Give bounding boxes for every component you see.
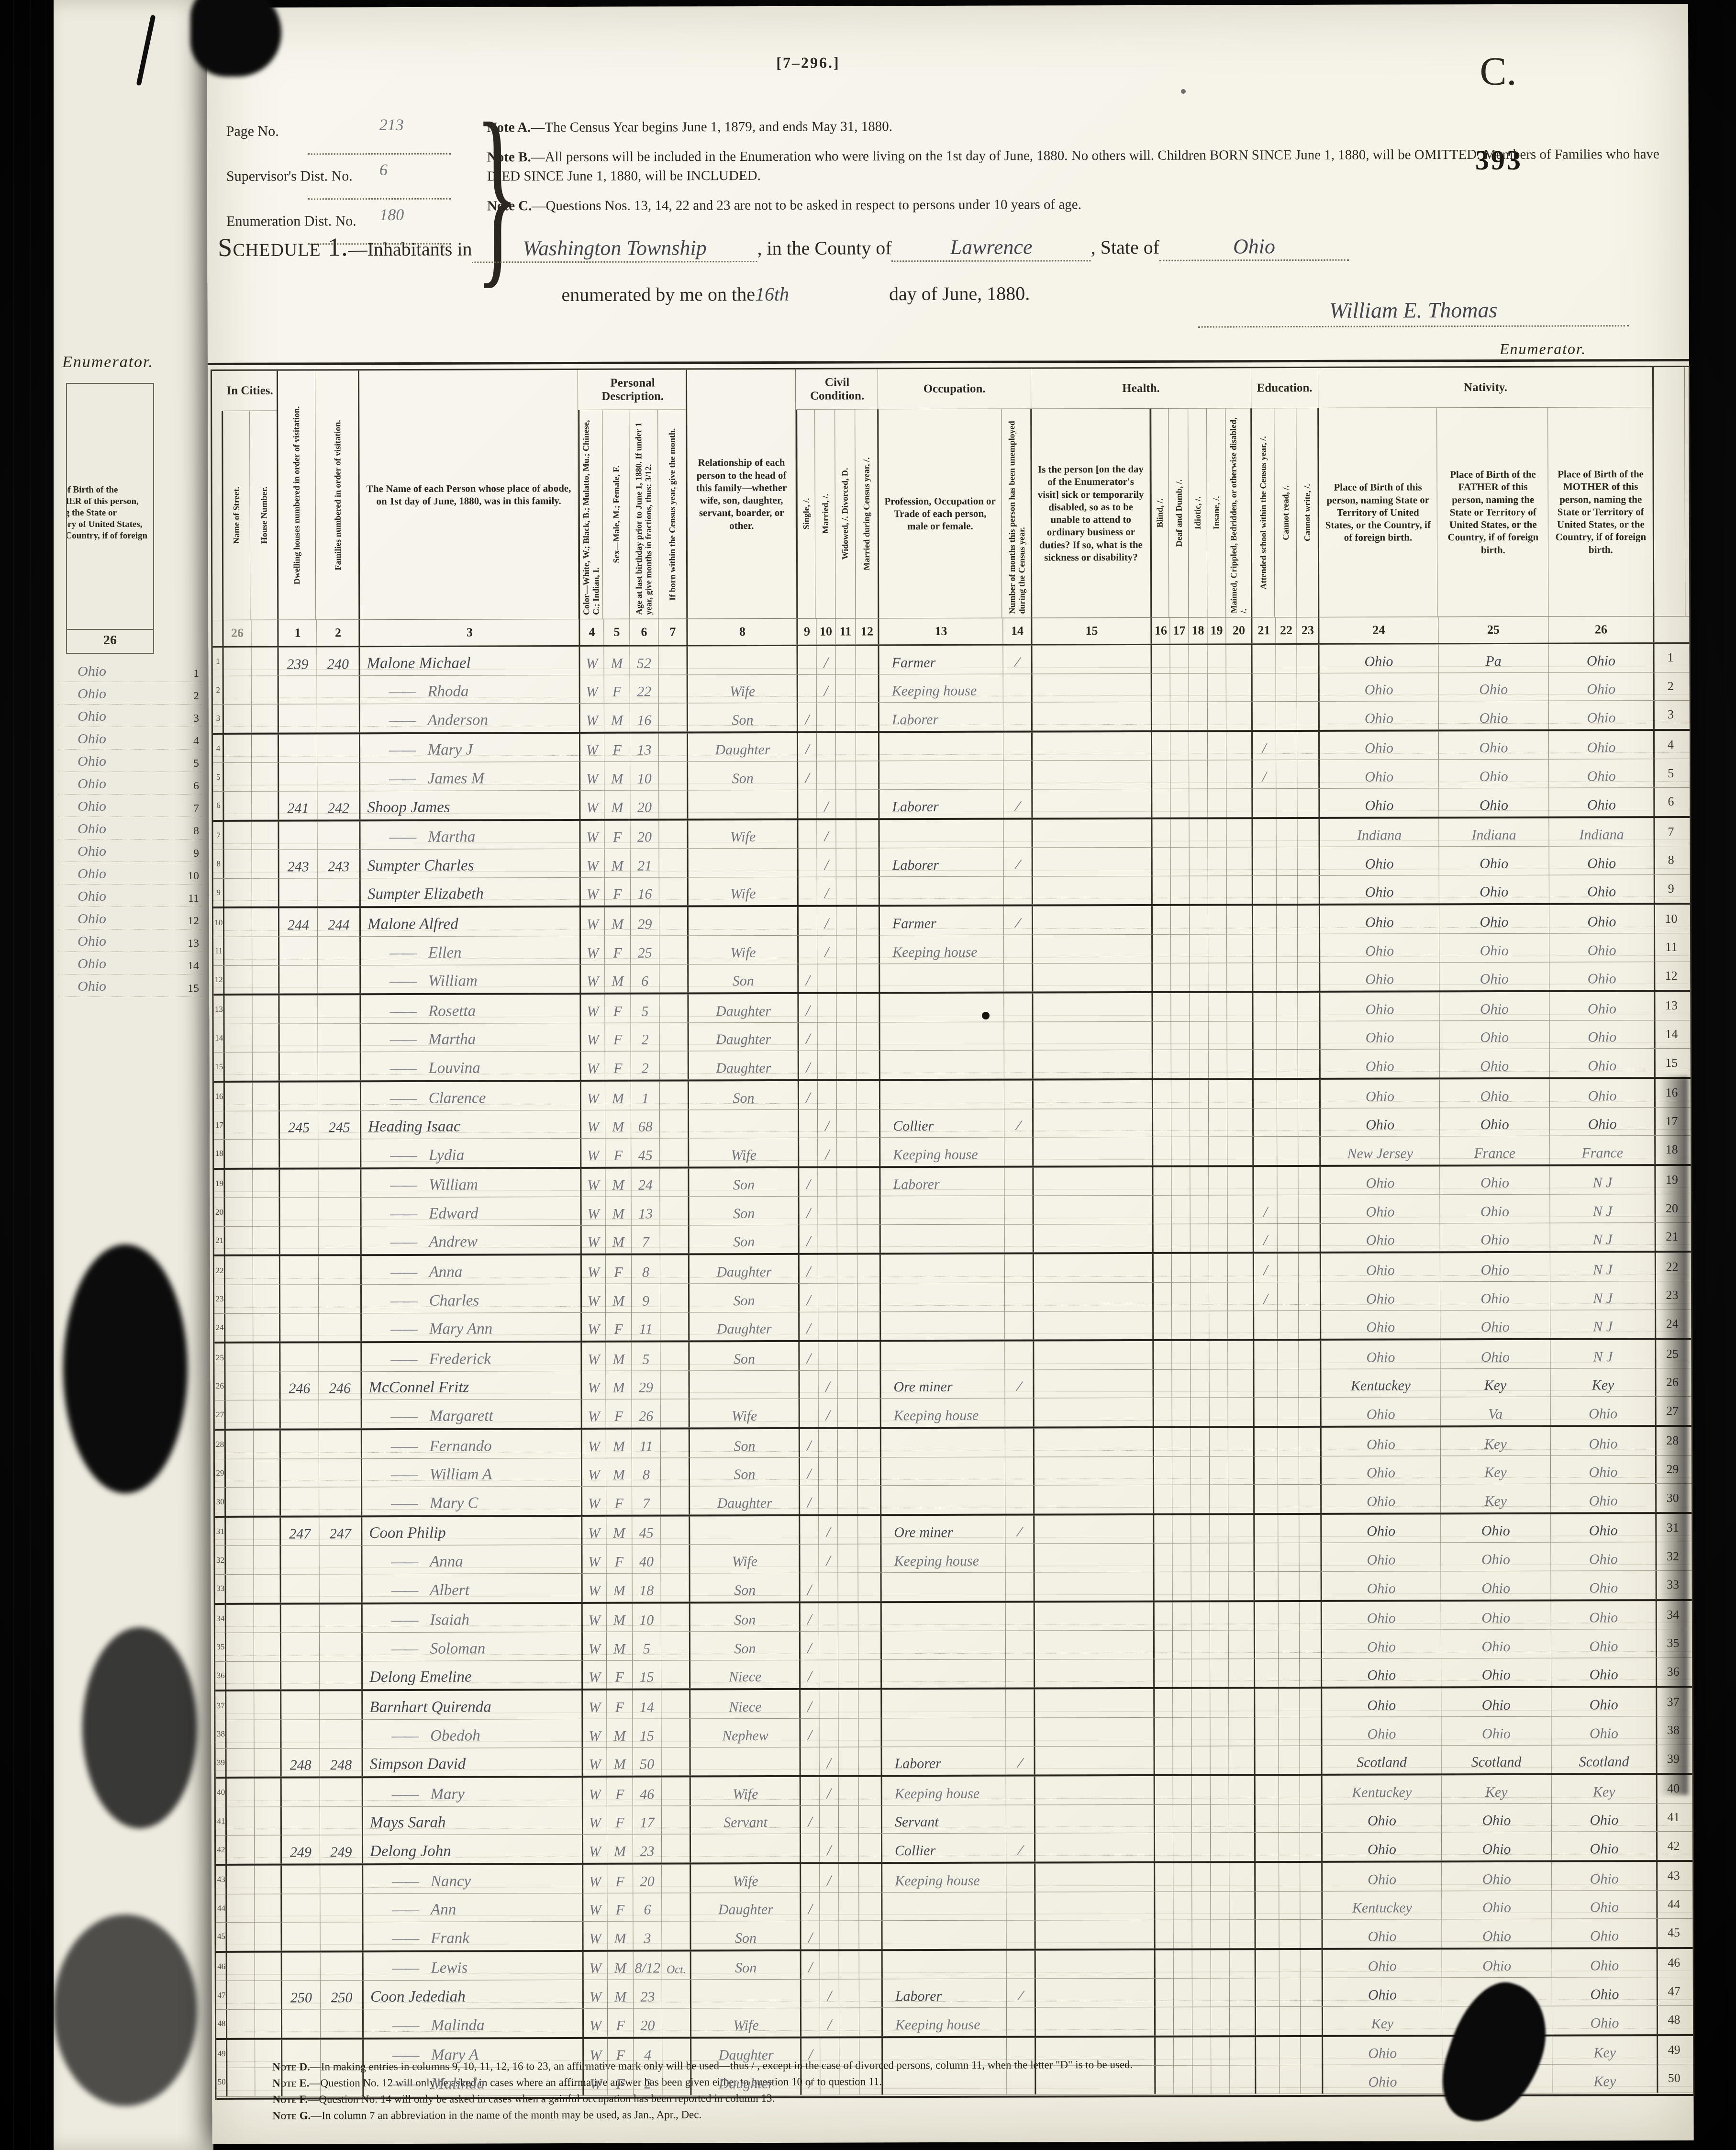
cell-c8: Son — [687, 703, 798, 731]
page-field: Supervisor's Dist. No.6 — [226, 168, 494, 213]
cell-c11 — [838, 1429, 858, 1457]
cell-c26: Ohio — [1551, 1629, 1657, 1657]
cell-c12 — [858, 1486, 881, 1514]
single-tick: / — [809, 2046, 813, 2063]
cell-c14 — [1007, 2038, 1035, 2066]
cell-c16 — [1152, 1137, 1171, 1165]
table-row: 1239240Malone MichaelWM52/Farmer/OhioPaO… — [213, 644, 1690, 676]
column-label: Cannot read, /. — [1281, 485, 1291, 540]
cell-c11 — [836, 820, 856, 848]
cell-c2 — [320, 1720, 362, 1748]
cell-rn: 47 — [1657, 1977, 1690, 2005]
ditto-dash: —— — [390, 1176, 416, 1194]
person-name: Soloman — [430, 1640, 486, 1657]
cell-c4: W — [580, 1226, 606, 1254]
cell-c4: W — [579, 878, 605, 906]
cell-c9: / — [799, 1457, 819, 1486]
cell-c20 — [1228, 1341, 1254, 1369]
cell-c4: W — [579, 791, 604, 819]
cell-c25: Ohio — [1439, 847, 1549, 875]
prev-entry-number: 11 — [188, 892, 199, 905]
cell-c25: Ohio — [1439, 992, 1549, 1020]
cell-c1 — [281, 2039, 321, 2068]
cell-c2 — [317, 763, 360, 791]
cell-c26: Ohio — [1552, 1862, 1657, 1890]
cell-c19 — [1210, 1515, 1228, 1543]
cell-c3: Simpson David — [362, 1748, 583, 1777]
cell-c19 — [1208, 876, 1227, 904]
cell-c14: / — [1004, 1109, 1033, 1137]
cell-c3: ——Mary — [362, 1778, 583, 1806]
cell-c22 — [1279, 1572, 1300, 1600]
cell-c26: Key — [1552, 2064, 1658, 2093]
cell-c18 — [1190, 906, 1208, 934]
cell-c20 — [1229, 1776, 1255, 1804]
column-group-title: Health. — [1122, 381, 1160, 395]
cell-c12 — [856, 790, 879, 818]
cell-c17 — [1173, 1689, 1191, 1717]
cell-c5: M — [605, 907, 631, 936]
cell-c4: W — [579, 936, 605, 964]
prev-entry-number: 6 — [193, 780, 199, 793]
cell-c7 — [661, 1400, 690, 1428]
cell-c6: 6 — [633, 1893, 662, 1921]
attended-school-tick: / — [1263, 1261, 1268, 1279]
cell-house — [252, 734, 278, 762]
cell-c1: 247 — [279, 1517, 319, 1545]
cell-c18 — [1192, 1979, 1211, 2007]
prev-entry-row: Ohio8 — [58, 817, 202, 840]
cell-c25: Key — [1441, 1484, 1551, 1512]
cell-c4: W — [580, 1110, 605, 1138]
cell-c2 — [318, 1082, 361, 1110]
ditto-dash: —— — [392, 2016, 419, 2034]
cell-c23 — [1297, 673, 1319, 702]
cell-c18 — [1190, 1109, 1209, 1137]
cell-c24: Ohio — [1321, 1862, 1442, 1891]
header-notes: Note A.—The Census Year begins June 1, 1… — [487, 115, 1674, 226]
column-group-title: Education. — [1257, 381, 1313, 394]
cell-c17 — [1170, 789, 1189, 817]
cell-c19 — [1211, 2007, 1230, 2035]
cell-c5: M — [605, 1110, 631, 1138]
column-label: Cannot write, /. — [1302, 484, 1312, 541]
cell-c8: Wife — [687, 674, 798, 703]
cell-c21 — [1254, 1572, 1279, 1600]
cell-c26: Ohio — [1552, 2006, 1658, 2034]
cell-c26: Key — [1550, 1368, 1656, 1397]
cell-c22 — [1280, 2065, 1301, 2094]
cell-c5: F — [607, 1865, 633, 1893]
cell-c8 — [686, 646, 797, 674]
cell-c4: W — [581, 1430, 606, 1458]
cell-c5: F — [607, 1691, 633, 1719]
cell-c7 — [660, 1023, 689, 1051]
cell-c14 — [1004, 963, 1033, 992]
cell-c10: / — [819, 1545, 838, 1573]
cell-c5: F — [604, 675, 630, 703]
cell-c19 — [1209, 1050, 1227, 1078]
cell-c5: F — [607, 1806, 633, 1834]
prev-entry-number: 13 — [188, 937, 199, 950]
cell-c14 — [1003, 819, 1032, 848]
cell-c6: 10 — [630, 762, 659, 790]
cell-c23 — [1298, 1080, 1320, 1108]
cell-c8: Daughter — [690, 2067, 801, 2095]
table-row: 2——RhodaWF22Wife/Keeping houseOhioOhioOh… — [213, 672, 1690, 705]
cell-c3: Barnhart Quirenda — [361, 1691, 582, 1719]
cell-c3: ——Obedoh — [361, 1719, 582, 1748]
cell-c15 — [1033, 1283, 1153, 1311]
table-row: 36Delong EmelineWF15Niece/OhioOhioOhio36 — [215, 1658, 1692, 1692]
married-tick: / — [826, 1552, 830, 1570]
cell-rn: 41 — [1656, 1803, 1690, 1832]
cell-c1 — [280, 1865, 320, 1893]
cell-c8: Niece — [689, 1690, 800, 1718]
cell-c24: Ohio — [1322, 1949, 1442, 1978]
cell-c12 — [857, 1138, 880, 1166]
cell-c18 — [1189, 673, 1208, 702]
cell-c26: Ohio — [1550, 1108, 1655, 1136]
table-row: 15——LouvinaWF2Daughter/OhioOhioOhio15 — [214, 1049, 1691, 1083]
cell-c3: Delong John — [362, 1835, 583, 1863]
person-name: Ann — [431, 1901, 456, 1919]
cell-c18 — [1191, 1196, 1209, 1224]
cell-c15 — [1034, 1659, 1154, 1688]
cell-c17 — [1171, 935, 1190, 963]
enumerator-signature: William E. Thomas — [1198, 297, 1629, 327]
cell-c21 — [1254, 1717, 1279, 1746]
cell-c5: M — [606, 1516, 632, 1545]
cell-ln: 11 — [213, 937, 224, 965]
cell-ln: 19 — [214, 1170, 224, 1198]
cell-c21 — [1252, 934, 1277, 963]
cell-c2 — [317, 734, 360, 762]
single-tick: / — [808, 1668, 812, 1685]
cell-c9 — [799, 1516, 819, 1544]
cell-c8: Son — [690, 1921, 801, 1949]
person-name: Martha — [428, 1031, 476, 1049]
cell-c16 — [1151, 993, 1171, 1021]
cell-c26: Ohio — [1549, 759, 1654, 787]
column-header-c24: Place of Birth of this person, naming St… — [1317, 408, 1437, 617]
cell-c7 — [660, 1225, 689, 1254]
cell-c3: ——Edward — [360, 1197, 581, 1226]
cell-c15 — [1033, 1544, 1154, 1572]
person-name: Rosetta — [428, 1002, 476, 1020]
cell-c17 — [1174, 2066, 1192, 2094]
cell-c14 — [1006, 1777, 1035, 1805]
cell-c22 — [1278, 1398, 1299, 1426]
cell-c12 — [857, 1283, 880, 1311]
cell-c16 — [1152, 1050, 1171, 1078]
cell-c4: W — [580, 1139, 605, 1167]
cell-c16 — [1151, 935, 1171, 963]
cell-c3: ——Anna — [361, 1545, 582, 1574]
cell-ln: 38 — [215, 1720, 226, 1748]
cell-street — [225, 1662, 254, 1690]
cell-c16 — [1154, 1950, 1174, 1978]
cell-c4: W — [581, 1545, 606, 1573]
cell-c9 — [800, 1980, 820, 2008]
cell-c21 — [1252, 847, 1277, 875]
person-name: Coon Philip — [369, 1524, 446, 1542]
cell-c9: / — [799, 1660, 819, 1688]
cell-c11 — [836, 964, 857, 992]
cell-c10: / — [820, 1980, 839, 2008]
cell-c13 — [879, 963, 1004, 992]
cell-c18 — [1190, 1167, 1209, 1195]
married-tick: / — [825, 1145, 829, 1163]
cell-c23 — [1297, 789, 1319, 817]
film-scratch — [13, 0, 14, 2150]
cell-c23 — [1298, 963, 1320, 991]
single-tick: / — [807, 1350, 811, 1367]
cell-c18 — [1192, 1776, 1211, 1804]
ditto-dash: —— — [391, 1437, 417, 1455]
cell-c20 — [1227, 906, 1253, 934]
cell-ln: 16 — [214, 1083, 224, 1111]
cell-street — [223, 879, 252, 907]
page-field-underline — [308, 153, 451, 155]
cell-c3: ——Margarett — [361, 1400, 582, 1428]
person-name: Mary — [430, 1785, 465, 1803]
cell-c9: / — [797, 994, 817, 1022]
cell-c11 — [837, 1197, 857, 1225]
prev-column-header-text: Place of Birth of the MOTHER of this per… — [66, 484, 150, 553]
prev-enumerator-label: Enumerator. — [62, 353, 206, 371]
cell-c14 — [1004, 935, 1033, 963]
cell-street — [224, 1198, 253, 1226]
cell-c16 — [1152, 1283, 1172, 1311]
cell-c7 — [658, 646, 687, 674]
cell-c4: W — [580, 1371, 606, 1400]
cell-rn: 12 — [1654, 962, 1687, 990]
cell-c10: / — [818, 1109, 837, 1138]
column-number-c4: 4 — [579, 619, 604, 645]
schedule-title: Schedule 1. — [218, 232, 348, 262]
column-number-house — [251, 620, 278, 646]
cell-c9 — [798, 1371, 818, 1399]
cell-c13 — [880, 1602, 1006, 1631]
cell-c2 — [319, 1487, 362, 1515]
cell-c17 — [1170, 761, 1189, 789]
prev-entry-number: 12 — [188, 915, 199, 928]
cell-house — [255, 1981, 282, 2009]
cell-c14 — [1006, 1631, 1035, 1659]
cell-rn: 8 — [1654, 846, 1687, 874]
cell-ln: 4 — [213, 735, 223, 763]
cell-c1 — [278, 676, 317, 704]
cell-c23 — [1299, 1311, 1321, 1339]
cell-c16 — [1153, 1602, 1173, 1630]
cell-c6: 15 — [633, 1660, 661, 1689]
cell-c14 — [1006, 1659, 1035, 1688]
cell-c9: / — [800, 1921, 820, 1949]
cell-street — [223, 705, 252, 733]
cell-c20 — [1229, 1602, 1255, 1630]
cell-c24: Ohio — [1321, 1630, 1441, 1658]
cell-c4: W — [581, 1691, 607, 1719]
cell-street — [223, 1083, 253, 1111]
table-row: 43——NancyWF20Wife/Keeping houseOhioOhioO… — [216, 1862, 1692, 1894]
column-header-c2: Families numbered in order of visitation… — [316, 370, 359, 619]
person-name: Delong John — [370, 1843, 451, 1860]
cell-c22 — [1278, 1428, 1299, 1456]
person-name: Shoop James — [367, 798, 450, 816]
cell-c4: W — [579, 647, 604, 675]
single-tick: / — [808, 1900, 812, 1918]
cell-c1 — [280, 1923, 320, 1951]
cell-c23 — [1299, 1195, 1321, 1223]
cell-house — [252, 996, 279, 1024]
cell-c5: M — [604, 647, 630, 675]
ditto-dash: —— — [390, 1321, 417, 1338]
cell-c2 — [320, 1661, 362, 1690]
cell-c12 — [858, 1690, 881, 1718]
cell-ln: 7 — [213, 821, 223, 850]
cell-c19 — [1211, 1804, 1229, 1833]
cell-c24: Ohio — [1319, 992, 1439, 1020]
cell-c25: Ohio — [1442, 1803, 1552, 1832]
cell-c15 — [1032, 906, 1152, 934]
person-name: Simpson David — [370, 1756, 466, 1774]
cell-c1: 248 — [280, 1748, 320, 1777]
cell-c6: 11 — [632, 1430, 661, 1458]
cell-c21 — [1254, 1920, 1279, 1948]
cell-c6: 8 — [632, 1255, 660, 1284]
cell-c6: 26 — [632, 1400, 661, 1428]
cell-house — [255, 1894, 281, 1922]
cell-c8 — [690, 1980, 801, 2008]
cell-c6: 20 — [630, 790, 659, 818]
ditto-dash: —— — [391, 1553, 417, 1571]
cell-c8 — [687, 907, 798, 935]
cell-ln: 15 — [214, 1053, 224, 1081]
cell-c10 — [819, 1603, 838, 1631]
cell-ln: 37 — [215, 1691, 226, 1720]
cell-c23 — [1300, 1659, 1322, 1687]
table-row: 14——MarthaWF2Daughter/OhioOhioOhio14 — [214, 1020, 1691, 1053]
cell-c3: ——Isaiah — [361, 1604, 582, 1633]
single-tick: / — [805, 710, 809, 728]
cell-c3: Sumpter Elizabeth — [359, 878, 580, 907]
cell-c19 — [1210, 1689, 1229, 1717]
cell-c3: ——Lewis — [362, 1952, 583, 1981]
cell-c15 — [1032, 1022, 1153, 1050]
cell-c1 — [279, 1256, 319, 1285]
cell-c5: F — [606, 1400, 632, 1428]
cell-c24: Ohio — [1320, 1456, 1441, 1484]
cell-c23 — [1301, 2065, 1323, 2094]
cell-c7 — [660, 1371, 689, 1399]
cell-c16 — [1153, 1485, 1172, 1513]
cell-c14: / — [1007, 1979, 1035, 2007]
cell-c21 — [1251, 645, 1276, 673]
prev-entry-value: Ohio — [78, 686, 106, 702]
cell-c26: N J — [1550, 1340, 1656, 1368]
person-name: Malone Michael — [367, 654, 471, 672]
prev-entry-number: 3 — [193, 712, 199, 725]
prev-entry-row: Ohio5 — [58, 750, 202, 772]
cell-c3: Heading Isaac — [360, 1110, 581, 1139]
cell-c12 — [857, 1051, 880, 1079]
ditto-dash: —— — [390, 1233, 417, 1251]
cell-c18 — [1191, 1341, 1209, 1369]
prev-entry-number: 5 — [193, 757, 199, 770]
ditto-dash: —— — [389, 712, 415, 729]
cell-c11 — [839, 1921, 859, 1949]
cell-c13 — [881, 2066, 1007, 2094]
cell-c7 — [660, 1343, 689, 1371]
column-group-title: Civil Condition. — [797, 376, 878, 403]
cell-c5: F — [605, 936, 631, 964]
cell-c1 — [279, 1546, 319, 1574]
cell-c7 — [660, 1255, 689, 1284]
cell-c21 — [1255, 2037, 1280, 2065]
enumerated-pre: enumerated by me on the — [562, 283, 755, 306]
cell-c24: Ohio — [1320, 1341, 1440, 1369]
cell-c17 — [1171, 1021, 1190, 1050]
single-tick: / — [807, 1494, 812, 1512]
cell-c12 — [857, 848, 879, 876]
cell-c4: W — [581, 1632, 607, 1660]
person-name: Clarence — [429, 1089, 486, 1107]
cell-c22 — [1277, 1050, 1298, 1078]
cell-c19 — [1211, 1950, 1230, 1978]
married-tick: / — [824, 915, 829, 932]
cell-c6: 29 — [631, 907, 659, 936]
cell-c22 — [1278, 1341, 1299, 1369]
cell-c1 — [278, 965, 318, 994]
cell-c12 — [858, 1573, 881, 1601]
cell-street — [224, 1518, 254, 1546]
single-tick: / — [805, 769, 810, 787]
cell-c9 — [797, 790, 817, 818]
cell-c10: / — [818, 1138, 837, 1166]
cell-c3: Malone Alfred — [359, 907, 580, 936]
cell-c15 — [1031, 732, 1152, 761]
column-number-c10: 10 — [816, 619, 835, 645]
prev-entry-value: Ohio — [78, 776, 106, 792]
cell-c11 — [839, 1980, 859, 2008]
cell-c9: / — [800, 1805, 820, 1834]
cell-c24: Kentuckey — [1320, 1369, 1440, 1397]
person-name: William — [429, 1176, 478, 1194]
cell-c3: Shoop James — [359, 791, 580, 819]
cell-c19 — [1209, 1282, 1228, 1310]
cell-c16 — [1152, 1109, 1171, 1137]
attended-school-tick: / — [1264, 1290, 1268, 1308]
cell-c8 — [687, 849, 798, 877]
column-number-c13: 13 — [878, 618, 1003, 645]
cell-c24: Ohio — [1320, 1514, 1441, 1543]
column-header-c11: Widowed, /. Divorced, D. — [835, 409, 856, 618]
cell-c15 — [1033, 1428, 1154, 1456]
table-row: 17245245Heading IsaacWM68/Collier/OhioOh… — [214, 1107, 1691, 1140]
cell-c20 — [1230, 2007, 1256, 2035]
cell-house — [255, 1952, 282, 1981]
ditto-dash: —— — [391, 1495, 417, 1512]
cell-street — [225, 1779, 255, 1807]
cell-c17 — [1172, 1254, 1191, 1282]
cell-c11 — [836, 733, 856, 761]
cell-c8: Wife — [690, 1864, 801, 1892]
cell-c9: / — [798, 1051, 818, 1079]
married-tick: / — [827, 1987, 832, 2005]
cell-c17 — [1171, 906, 1190, 934]
cell-c15 — [1034, 1602, 1154, 1630]
